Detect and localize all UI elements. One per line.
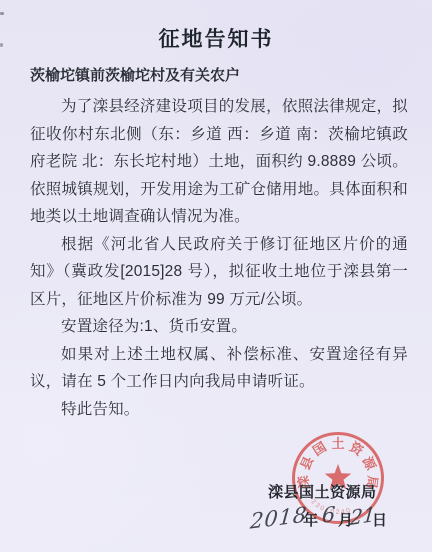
handwritten-month: 6 (321, 502, 336, 527)
addressee-line: 茨榆坨镇前茨榆坨村及有关农户 (30, 66, 408, 85)
year-label: 年 (303, 509, 318, 530)
body-paragraph: 特此告知。 (30, 396, 408, 424)
handwritten-year: 2018 (249, 502, 308, 533)
month-label: 月 (338, 509, 353, 530)
issuing-authority: 滦县国土资源局 (268, 481, 377, 502)
document-body: 为了滦县经济建设项目的发展，依照法律规定，拟征收你村东北侧（东：乡道 西：乡道 … (30, 93, 408, 423)
document-page: 征地告知书 茨榆坨镇前茨榆坨村及有关农户 为了滦县经济建设项目的发展，依照法律规… (0, 0, 432, 552)
seal-star-icon (325, 464, 352, 489)
day-label: 日 (372, 509, 387, 530)
issue-date: 2018 年 6 月 21 日 (246, 503, 426, 533)
body-paragraph: 安置途径为:1、货币安置。 (30, 313, 408, 341)
seal-arc-char: 资 (347, 439, 367, 459)
official-seal-stamp: 滦县国土资源局23010240 (278, 418, 398, 538)
scan-speck (0, 12, 4, 15)
seal-arc-char: 局 (364, 475, 380, 490)
seal-serial-path (309, 499, 368, 514)
seal-serial-number: 23010240 (310, 498, 353, 516)
seal-ring (294, 434, 383, 523)
page-title: 征地告知书 (0, 0, 432, 53)
seal-arc-char: 源 (360, 454, 380, 473)
seal-arc-char: 县 (297, 454, 316, 472)
handwritten-day: 21 (349, 502, 376, 531)
body-paragraph: 如果对上述土地权属、补偿标准、安置途径有异议，请在 5 个工作日内向我局申请听证… (30, 341, 408, 396)
scan-speck (0, 43, 3, 47)
seal-arc-char: 土 (331, 436, 344, 451)
body-paragraph: 根据《河北省人民政府关于修订征地区片价的通知》（冀政发[2015]28 号），拟… (30, 231, 408, 314)
body-paragraph: 为了滦县经济建设项目的发展，依照法律规定，拟征收你村东北侧（东：乡道 西：乡道 … (30, 93, 408, 231)
seal-arc-char: 国 (310, 439, 329, 459)
seal-arc-char: 滦 (295, 474, 312, 490)
